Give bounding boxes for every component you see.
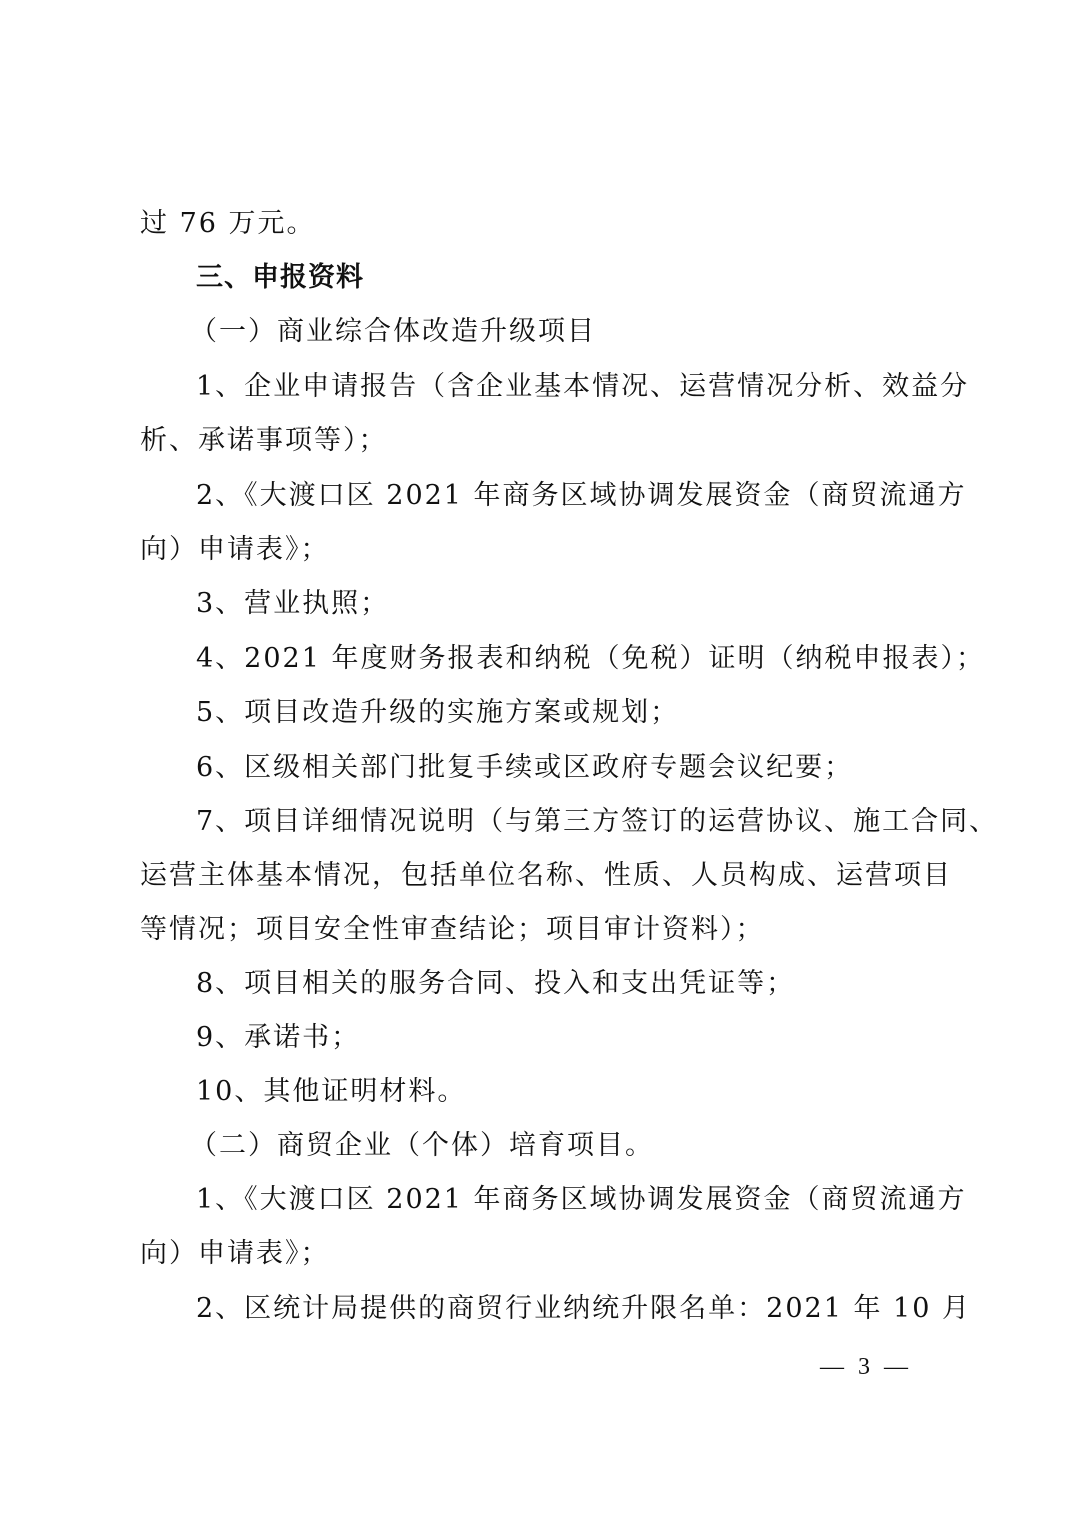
list-item: 2、《大渡口区 2021 年商务区域协调发展资金（商贸流通方 [196,480,940,512]
subsection-heading: （一）商业综合体改造升级项目 [190,316,596,348]
list-item: 9、承诺书； [196,1022,360,1054]
paragraph-continuation: 过 76 万元。 [140,208,316,240]
list-item: 1、《大渡口区 2021 年商务区域协调发展资金（商贸流通方 [196,1184,940,1216]
list-item: 4、2021 年度财务报表和纳税（免税）证明（纳税申报表）； [196,643,940,675]
list-item: 8、项目相关的服务合同、投入和支出凭证等； [196,968,795,1000]
subsection-heading: （二）商贸企业（个体）培育项目。 [190,1130,654,1162]
list-item: 1、企业申请报告（含企业基本情况、运营情况分析、效益分 [196,371,940,403]
list-item-continuation: 运营主体基本情况，包括单位名称、性质、人员构成、运营项目 [140,860,940,892]
section-heading: 三、申报资料 [196,262,364,294]
page-number: — 3 — [820,1354,912,1381]
list-item: 5、项目改造升级的实施方案或规划； [196,697,679,729]
list-item-continuation: 析、承诺事项等）； [140,425,388,457]
list-item-continuation: 等情况；项目安全性审查结论；项目审计资料）； [140,914,765,946]
list-item: 6、区级相关部门批复手续或区政府专题会议纪要； [196,752,853,784]
list-item: 7、项目详细情况说明（与第三方签订的运营协议、施工合同、 [196,806,940,838]
list-item: 3、营业执照； [196,588,389,620]
list-item-continuation: 向）申请表》； [140,1238,330,1270]
list-item-continuation: 向）申请表》； [140,534,330,566]
list-item: 2、区统计局提供的商贸行业纳统升限名单：2021 年 10 月 [196,1293,940,1325]
list-item: 10、其他证明材料。 [196,1076,466,1108]
